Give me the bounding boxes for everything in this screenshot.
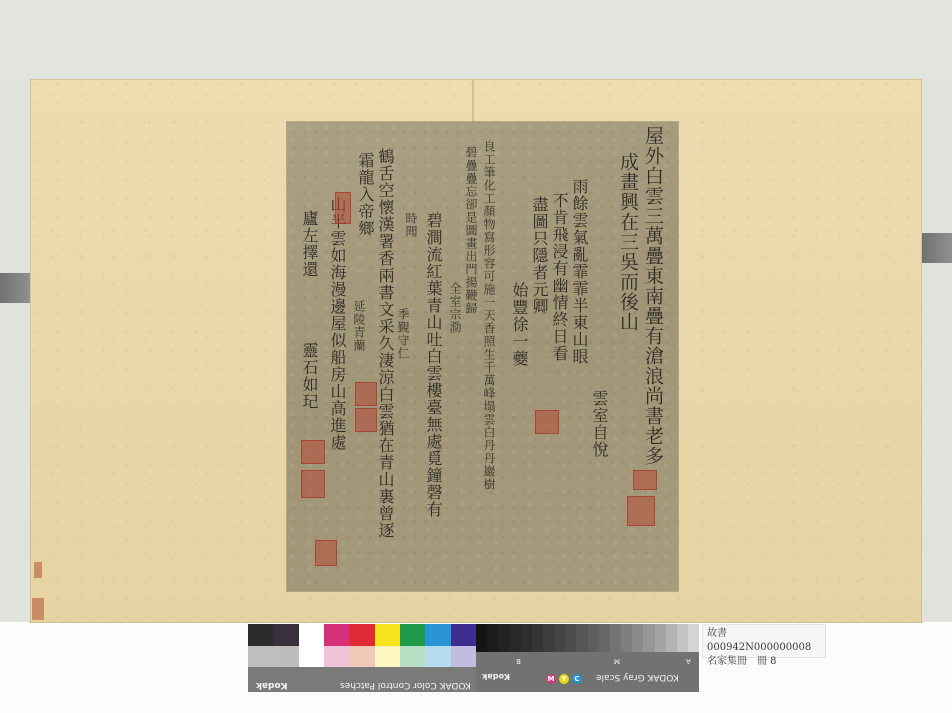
gray-step bbox=[487, 624, 498, 652]
color-patch bbox=[451, 624, 476, 646]
seal-stamp bbox=[335, 192, 351, 224]
color-patch-light bbox=[400, 646, 425, 667]
marker-b: B bbox=[516, 657, 521, 665]
calligraphy-column: 屋外白雲三萬疊東南疊有滄浪尚書老多 bbox=[643, 126, 662, 466]
calligraphy-column: 時聞 bbox=[405, 212, 417, 238]
color-patch-light bbox=[248, 646, 273, 667]
gray-step bbox=[610, 624, 621, 652]
mount-tab-right bbox=[922, 233, 952, 263]
color-bar-title: KODAK Color Control Patches bbox=[340, 680, 471, 690]
color-patch bbox=[400, 624, 425, 646]
gray-step bbox=[677, 624, 688, 652]
catalog-album: 名家集冊 冊 8 bbox=[707, 655, 821, 669]
calligraphy-column: 靈石如玘 bbox=[301, 342, 317, 410]
gray-strip: A M B Kodak KODAK Gray Scale CYM bbox=[476, 652, 699, 692]
gray-steps bbox=[476, 624, 699, 652]
color-patch bbox=[248, 624, 273, 646]
cmy-dot-y: Y bbox=[559, 674, 569, 684]
mount-seal-1 bbox=[34, 562, 42, 578]
calligraphy-column: 廬左擇還 bbox=[301, 210, 317, 278]
gray-step bbox=[621, 624, 632, 652]
gray-step bbox=[498, 624, 509, 652]
calligraphy-leaf: 屋外白雲三萬疊東南疊有滄浪尚書老多成畫興在三吳而後山雲室自悅雨餘雲氣亂霏霏半東山… bbox=[287, 122, 678, 591]
color-patch bbox=[299, 624, 324, 646]
color-patch-light bbox=[375, 646, 400, 667]
catalog-label: 故書 000942N000000008 名家集冊 冊 8 bbox=[702, 624, 826, 658]
calligraphy-column: 良工筆化工顏物寫形容可施一天香照生千萬峰塌雲白丹丹巖樹 bbox=[483, 140, 495, 491]
marker-m: M bbox=[614, 657, 620, 665]
calligraphy-column: 碧疊疊忘卻是圖畫出門揚鞭歸 bbox=[465, 146, 477, 315]
seal-stamp bbox=[301, 440, 325, 464]
kodak-brand: Kodak bbox=[256, 680, 288, 690]
color-patch-light bbox=[425, 646, 450, 667]
scan-backdrop-top bbox=[0, 0, 952, 80]
seal-stamp bbox=[633, 470, 657, 490]
calligraphy-column: 雨餘雲氣亂霏霏半東山眼 bbox=[571, 178, 587, 365]
gray-step bbox=[509, 624, 520, 652]
gray-step bbox=[565, 624, 576, 652]
gray-step bbox=[655, 624, 666, 652]
calligraphy-column: 鶴舌空懷漢署香兩書文采久淒涼白雲猶在青山裏曾逐 bbox=[377, 148, 393, 539]
gray-step bbox=[599, 624, 610, 652]
calligraphy-column: 不肯飛浸有幽情終日看 bbox=[551, 192, 567, 362]
gray-step bbox=[521, 624, 532, 652]
seal-stamp bbox=[535, 410, 559, 434]
gray-step bbox=[543, 624, 554, 652]
gray-step bbox=[532, 624, 543, 652]
color-patch bbox=[425, 624, 450, 646]
kodak-brand-gray: Kodak bbox=[482, 672, 510, 681]
seal-stamp bbox=[301, 470, 325, 498]
kodak-color-control-patches: Kodak KODAK Color Control Patches bbox=[248, 624, 476, 692]
seal-stamp bbox=[627, 496, 655, 526]
cmy-dot-c: C bbox=[572, 674, 582, 684]
color-patch bbox=[375, 624, 400, 646]
color-patch-light bbox=[349, 646, 374, 667]
gray-step bbox=[666, 624, 677, 652]
gray-step bbox=[554, 624, 565, 652]
calligraphy-column: 霜龍入帝鄉 bbox=[357, 152, 373, 237]
calligraphy-column: 山半雲如海漫邊屋似船房山高進處 bbox=[329, 196, 345, 451]
marker-a: A bbox=[686, 657, 691, 665]
calligraphy-column: 季覲守仁 bbox=[397, 308, 409, 360]
mount-fold-line bbox=[472, 79, 474, 123]
color-patch bbox=[349, 624, 374, 646]
color-patch-light bbox=[273, 646, 298, 667]
catalog-id: 故書 000942N000000008 bbox=[707, 627, 821, 655]
kodak-gray-scale: A M B Kodak KODAK Gray Scale CYM bbox=[476, 624, 699, 692]
calligraphy-column: 雲室自悅 bbox=[591, 390, 607, 458]
calligraphy-column: 成畫興在三吳而後山 bbox=[618, 152, 637, 332]
gray-step bbox=[576, 624, 587, 652]
color-patch-row bbox=[248, 624, 476, 646]
calligraphy-column: 碧澗流紅葉青山吐白雲樓臺無處覓鐘磬有 bbox=[425, 212, 441, 518]
mount-tab-left bbox=[0, 273, 30, 303]
gray-step bbox=[688, 624, 699, 652]
color-patch bbox=[273, 624, 298, 646]
color-patch-light bbox=[324, 646, 349, 667]
gray-step bbox=[632, 624, 643, 652]
cmy-dot-m: M bbox=[546, 674, 556, 684]
color-patch-light bbox=[299, 646, 324, 667]
color-patch-light bbox=[451, 646, 476, 667]
gray-scale-title: KODAK Gray Scale bbox=[596, 672, 679, 682]
gray-step bbox=[588, 624, 599, 652]
gray-step bbox=[476, 624, 487, 652]
mount-seal-2 bbox=[32, 598, 44, 620]
color-patch bbox=[324, 624, 349, 646]
calligraphy-column: 全室宗泐 bbox=[449, 282, 461, 334]
gray-step bbox=[643, 624, 654, 652]
calligraphy-column: 延陵青蘭 bbox=[353, 300, 365, 352]
seal-stamp bbox=[355, 408, 377, 432]
seal-stamp bbox=[355, 382, 377, 406]
color-patch-light-row bbox=[248, 646, 476, 667]
color-bar-strip: Kodak KODAK Color Control Patches bbox=[248, 667, 476, 692]
calligraphy-column: 始豐徐一夔 bbox=[511, 282, 527, 367]
calligraphy-column: 盡圖只隱者元卿 bbox=[531, 196, 547, 315]
seal-stamp bbox=[315, 540, 337, 566]
